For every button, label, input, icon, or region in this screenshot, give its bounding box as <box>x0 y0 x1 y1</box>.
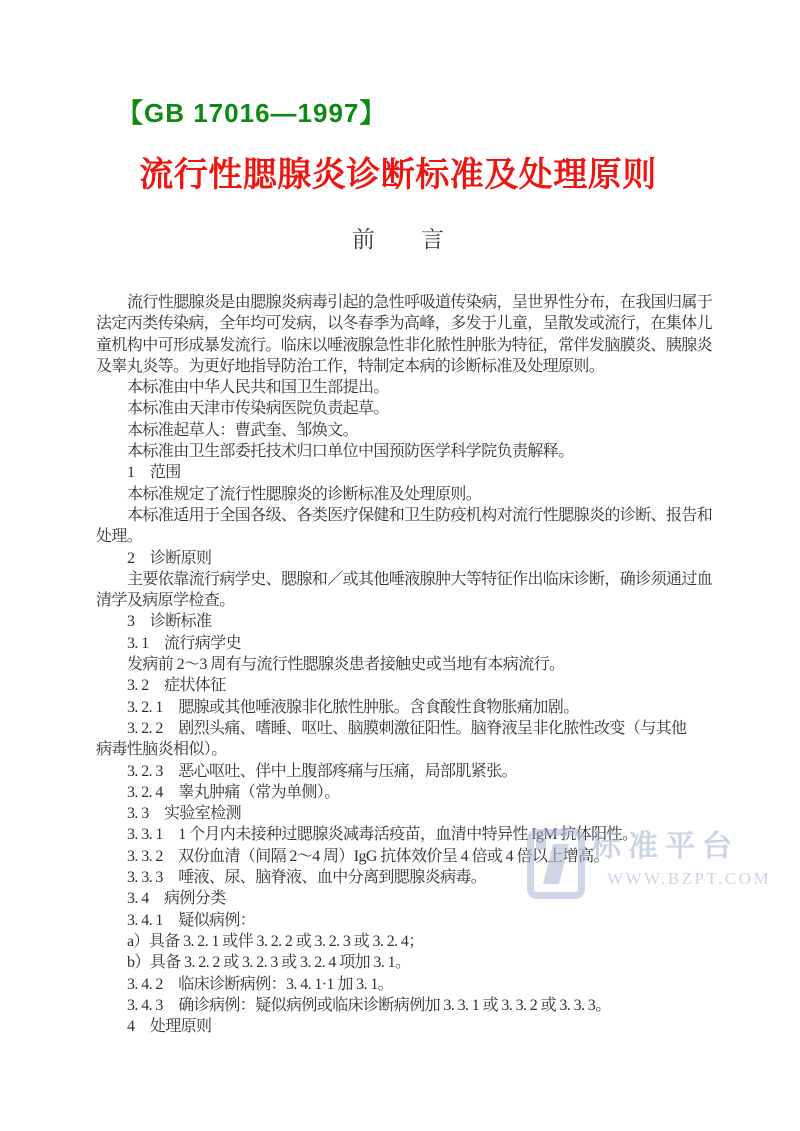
document-line: 发病前 2～3 周有与流行性腮腺炎患者接触史或当地有本病流行。 <box>96 654 700 675</box>
document-line: 3. 4. 3 确诊病例：疑似病例或临床诊断病例加 3. 3. 1 或 3. 3… <box>96 995 700 1016</box>
document-line: 及睾丸炎等。为更好地指导防治工作，特制定本病的诊断标准及处理原则。 <box>96 356 700 377</box>
document-line: 处理。 <box>96 526 700 547</box>
document-line: 主要依靠流行病学史、腮腺和／或其他唾液腺肿大等特征作出临床诊断，确诊须通过血 <box>96 569 700 590</box>
document-line: 3. 3. 2 双份血清（间隔 2～4 周）IgG 抗体效价呈 4 倍或 4 倍… <box>96 846 700 867</box>
document-line: 3. 2. 2 剧烈头痛、嗜睡、呕吐、脑膜刺激征阳性。脑脊液呈非化脓性改变（与其… <box>96 718 700 739</box>
document-line: 清学及病原学检查。 <box>96 590 700 611</box>
document-line: 病毒性脑炎相似）。 <box>96 739 700 760</box>
document-line: 本标准规定了流行性腮腺炎的诊断标准及处理原则。 <box>96 484 700 505</box>
document-line: a）具备 3. 2. 1 或伴 3. 2. 2 或 3. 2. 3 或 3. 2… <box>96 931 700 952</box>
document-line: 3. 1 流行病学史 <box>96 633 700 654</box>
standard-code-badge: 【GB 17016—1997】 <box>117 98 386 128</box>
document-line: 3. 3 实验室检测 <box>96 803 700 824</box>
document-line: 本标准起草人：曹武奎、邹焕文。 <box>96 420 700 441</box>
document-line: 3. 2. 3 恶心呕吐、伴中上腹部疼痛与压痛，局部肌紧张。 <box>96 761 700 782</box>
document-line: 本标准适用于全国各级、各类医疗保健和卫生防疫机构对流行性腮腺炎的诊断、报告和 <box>96 505 700 526</box>
document-line: 法定丙类传染病，全年均可发病，以冬春季为高峰，多发于儿童，呈散发或流行，在集体儿 <box>96 313 700 334</box>
document-line: 3. 4. 1 疑似病例： <box>96 910 700 931</box>
document-line: 3. 2. 4 睾丸肿痛（常为单侧）。 <box>96 782 700 803</box>
document-line: 3. 3. 3 唾液、尿、脑脊液、血中分离到腮腺炎病毒。 <box>96 867 700 888</box>
document-line: 4 处理原则 <box>96 1016 700 1037</box>
document-line: 本标准由天津市传染病医院负责起草。 <box>96 398 700 419</box>
document-page: 【GB 17016—1997】 流行性腮腺炎诊断标准及处理原则 前 言 流行性腮… <box>0 0 800 1131</box>
document-line: 2 诊断原则 <box>96 548 700 569</box>
document-title: 流行性腮腺炎诊断标准及处理原则 <box>98 156 698 196</box>
document-body: 流行性腮腺炎是由腮腺炎病毒引起的急性呼吸道传染病，呈世界性分布，在我国归属于法定… <box>96 292 700 1037</box>
preface-heading: 前 言 <box>98 226 698 253</box>
document-line: 3. 4 病例分类 <box>96 888 700 909</box>
document-line: 本标准由卫生部委托技术归口单位中国预防医学科学院负责解释。 <box>96 441 700 462</box>
document-line: 3. 3. 1 1 个月内未接种过腮腺炎减毒活疫苗，血清中特异性 IgM 抗体阳… <box>96 824 700 845</box>
document-line: 3. 4. 2 临床诊断病例：3. 4. 1·1 加 3. 1。 <box>96 974 700 995</box>
document-line: 3 诊断标准 <box>96 611 700 632</box>
document-line: 3. 2 症状体征 <box>96 675 700 696</box>
document-line: 流行性腮腺炎是由腮腺炎病毒引起的急性呼吸道传染病，呈世界性分布，在我国归属于 <box>96 292 700 313</box>
document-line: 1 范围 <box>96 462 700 483</box>
document-line: 童机构中可形成暴发流行。临床以唾液腺急性非化脓性肿胀为特征，常伴发脑膜炎、胰腺炎 <box>96 335 700 356</box>
document-line: 3. 2. 1 腮腺或其他唾液腺非化脓性肿胀。含食酸性食物胀痛加剧。 <box>96 697 700 718</box>
document-line: b）具备 3. 2. 2 或 3. 2. 3 或 3. 2. 4 项加 3. 1… <box>96 952 700 973</box>
document-line: 本标准由中华人民共和国卫生部提出。 <box>96 377 700 398</box>
